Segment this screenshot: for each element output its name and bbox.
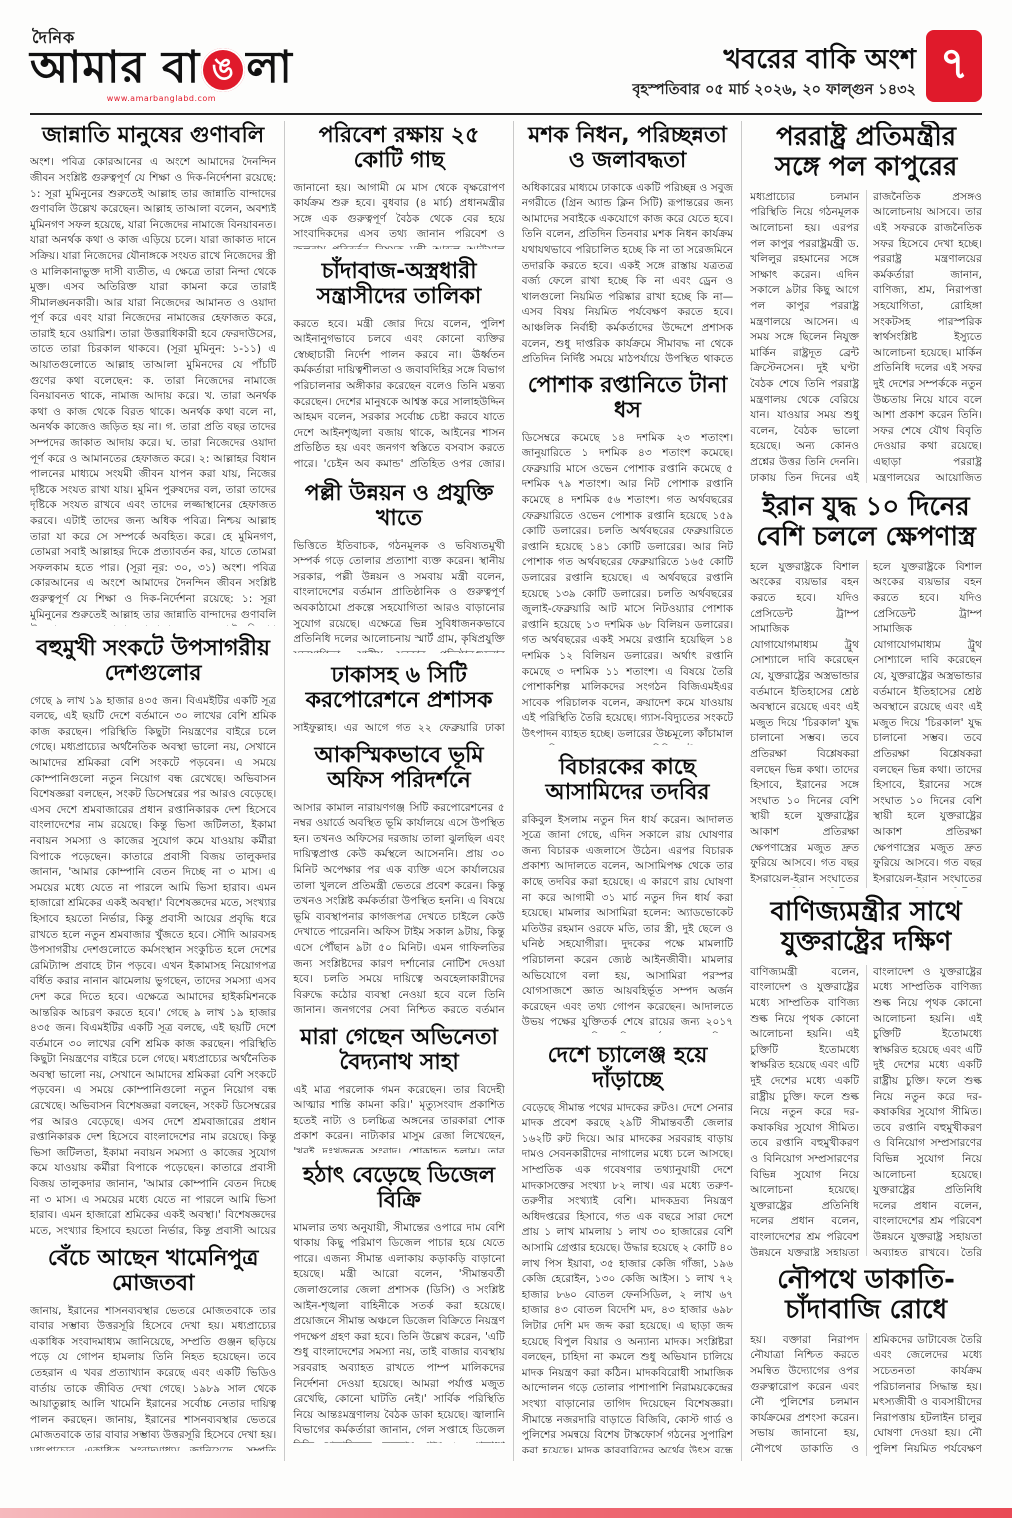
article-body: হয়। বক্তারা নিরাপদ নৌযাত্রা নিশ্চিত করত… xyxy=(750,1333,982,1456)
article-headline: দেশে চ্যালেঞ্জ হয়ে দাঁড়াচ্ছে xyxy=(522,1033,733,1101)
article: ঢাকাসহ ৬ সিটি করপোরেশনে প্রশাসকসাইফুল্লা… xyxy=(293,653,504,733)
article-headline: পরিবেশ রক্ষায় ২৫ কোটি গাছ xyxy=(293,121,504,181)
article-headline: বেঁচে আছেন খামেনিপুত্র মোজতবা xyxy=(30,1236,276,1304)
article: বহুমুখী সংকটে উপসাগরীয় দেশগুলোরগেছে ৯ ল… xyxy=(30,626,276,1236)
section-title: খবরের বাকি অংশ xyxy=(632,44,916,75)
article-headline: বাণিজ্যমন্ত্রীর সাথে যুক্তরাষ্ট্রের দক্ষ… xyxy=(750,888,982,965)
article: দেশে চ্যালেঞ্জ হয়ে দাঁড়াচ্ছেবেড়েছে সী… xyxy=(522,1033,733,1453)
article: পররাষ্ট্র প্রতিমন্ত্রীর সঙ্গে পল কাপুরের… xyxy=(750,121,982,483)
article-body: হলে যুক্তরাষ্ট্রকে বিশাল অংকের ব্যয়ভার … xyxy=(750,560,982,888)
article-body: বেড়েছে সীমান্ত পথের মাদকের রুটও। দেশে স… xyxy=(522,1101,733,1453)
date-line: বৃহস্পতিবার ০৫ মার্চ ২০২৬, ২০ ফাল্গুন ১৪… xyxy=(632,79,916,103)
header-right: খবরের বাকি অংশ বৃহস্পতিবার ০৫ মার্চ ২০২৬… xyxy=(632,30,982,103)
article-body: করতে হবে। মন্ত্রী জোর দিয়ে বলেন, পুলিশ … xyxy=(293,317,504,471)
page-header: দৈনিক আমার বাঙলা www.amarbanglabd.com খব… xyxy=(30,30,982,115)
article-body: জানায়, ইরানের শাসনব্যবস্থার ভেতরে মোজতব… xyxy=(30,1304,276,1451)
article: আকস্মিকভাবে ভূমি অফিস পরিদর্শনেআসার কামা… xyxy=(293,733,504,1015)
newspaper-col-1: জান্নাতি মানুষের গুণাবলিঅংশ। পবিত্র কোরআ… xyxy=(30,121,276,1461)
article: পল্লী উন্নয়ন ও প্রযুক্তি খাতেভিত্তিতে ই… xyxy=(293,471,504,653)
article-headline: চাঁদাবাজ-অস্ত্রধারী সন্ত্রাসীদের তালিকা xyxy=(293,249,504,317)
article-body: সাইফুল্লাহ। এর আগে গত ২২ ফেব্রুয়ারি ঢাক… xyxy=(293,721,504,733)
masthead-title: আমার বাঙলা xyxy=(30,46,293,92)
article-body: বাণিজ্যমন্ত্রী বলেন, বাংলাদেশ ও যুক্তরাষ… xyxy=(750,965,982,1256)
article-headline: মারা গেছেন অভিনেতা বৈদ্যনাথ সাহা xyxy=(293,1015,504,1083)
article-body: গেছে ৯ লাখ ১৯ হাজার ৪৩৫ জন। বিএমইটির একট… xyxy=(30,694,276,1236)
article: হঠাৎ বেড়েছে ডিজেল বিক্রিমামলার তথ্য অনু… xyxy=(293,1153,504,1443)
article: বাণিজ্যমন্ত্রীর সাথে যুক্তরাষ্ট্রের দক্ষ… xyxy=(750,888,982,1256)
article-headline: বিচারকের কাছে আসামিদের তদবির xyxy=(522,745,733,813)
masthead-logo-icon: ঙ xyxy=(201,48,245,92)
article: বিচারকের কাছে আসামিদের তদবিররকিবুল ইসলাম… xyxy=(522,745,733,1033)
article: বেঁচে আছেন খামেনিপুত্র মোজতবাজানায়, ইরা… xyxy=(30,1236,276,1451)
article: নৌপথে ডাকাতি-চাঁদাবাজি রোধেহয়। বক্তারা … xyxy=(750,1256,982,1456)
article-headline: পররাষ্ট্র প্রতিমন্ত্রীর সঙ্গে পল কাপুরের xyxy=(750,121,982,190)
article: পরিবেশ রক্ষায় ২৫ কোটি গাছজানানো হয়। আগ… xyxy=(293,121,504,249)
article-headline: আকস্মিকভাবে ভূমি অফিস পরিদর্শনে xyxy=(293,733,504,801)
article: চাঁদাবাজ-অস্ত্রধারী সন্ত্রাসীদের তালিকাক… xyxy=(293,249,504,471)
article-body: অংশ। পবিত্র কোরআনের এ অংশে আমাদের দৈনন্দ… xyxy=(30,155,276,626)
article-body: মামলার তথ্য অনুযায়ী, সীমান্তের ওপারে দা… xyxy=(293,1221,504,1443)
article-headline: পল্লী উন্নয়ন ও প্রযুক্তি খাতে xyxy=(293,471,504,539)
article: মশক নিধন, পরিচ্ছন্নতা ও জলাবদ্ধতাঅধিকারে… xyxy=(522,121,733,363)
article: পোশাক রপ্তানিতে টানা ধসডিসেম্বরে কমেছে ১… xyxy=(522,363,733,745)
article-body: ডিসেম্বরে কমেছে ১৪ দশমিক ২৩ শতাংশ। জানুয… xyxy=(522,431,733,745)
article-headline: জান্নাতি মানুষের গুণাবলি xyxy=(30,121,276,155)
newspaper-col-2: পরিবেশ রক্ষায় ২৫ কোটি গাছজানানো হয়। আগ… xyxy=(284,121,504,1461)
article-headline: হঠাৎ বেড়েছে ডিজেল বিক্রি xyxy=(293,1153,504,1221)
article-body: মধ্যপ্রাচ্যের চলমান পরিস্থিতি নিয়ে গঠনম… xyxy=(750,190,982,483)
article-headline: পোশাক রপ্তানিতে টানা ধস xyxy=(522,363,733,431)
bottom-accent-strip xyxy=(0,1508,1012,1518)
article-headline: ইরান যুদ্ধ ১০ দিনের বেশি চললে ক্ষেপণাস্ত… xyxy=(750,483,982,560)
article-body: এই মাত্র পরলোক গমন করেছেন। তার বিদেহী আত… xyxy=(293,1083,504,1153)
article: ইরান যুদ্ধ ১০ দিনের বেশি চললে ক্ষেপণাস্ত… xyxy=(750,483,982,888)
newspaper-page: দৈনিক আমার বাঙলা www.amarbanglabd.com খব… xyxy=(0,0,1012,1518)
article-headline: ঢাকাসহ ৬ সিটি করপোরেশনে প্রশাসক xyxy=(293,653,504,721)
article-body: জানানো হয়। আগামী মে মাস থেকে বৃক্ষরোপণ … xyxy=(293,181,504,249)
article-body: ভিত্তিতে ইতিবাচক, গঠনমূলক ও ভবিষ্যতমুখী … xyxy=(293,539,504,653)
article-headline: বহুমুখী সংকটে উপসাগরীয় দেশগুলোর xyxy=(30,626,276,694)
article-body: অধিকারের মাধ্যমে ঢাকাকে একটি পরিচ্ছন্ন ও… xyxy=(522,181,733,363)
article-headline: মশক নিধন, পরিচ্ছন্নতা ও জলাবদ্ধতা xyxy=(522,121,733,181)
masthead: দৈনিক আমার বাঙলা www.amarbanglabd.com xyxy=(30,30,293,103)
newspaper-col-right: পররাষ্ট্র প্রতিমন্ত্রীর সঙ্গে পল কাপুরের… xyxy=(741,121,982,1461)
article-body: আসার কামাল নারায়ণগঞ্জ সিটি করপোরেশনের ৫… xyxy=(293,801,504,1015)
article-headline: নৌপথে ডাকাতি-চাঁদাবাজি রোধে xyxy=(750,1256,982,1333)
article: মারা গেছেন অভিনেতা বৈদ্যনাথ সাহাএই মাত্র… xyxy=(293,1015,504,1153)
newspaper-col-3: মশক নিধন, পরিচ্ছন্নতা ও জলাবদ্ধতাঅধিকারে… xyxy=(513,121,733,1461)
masthead-website: www.amarbanglabd.com xyxy=(30,95,293,103)
article-body: রকিবুল ইসলাম নতুন দিন ধার্য করেন। আদালত … xyxy=(522,813,733,1033)
columns-container: জান্নাতি মানুষের গুণাবলিঅংশ। পবিত্র কোরআ… xyxy=(30,121,982,1461)
article: জান্নাতি মানুষের গুণাবলিঅংশ। পবিত্র কোরআ… xyxy=(30,121,276,626)
page-number-badge: ৭ xyxy=(926,30,982,102)
